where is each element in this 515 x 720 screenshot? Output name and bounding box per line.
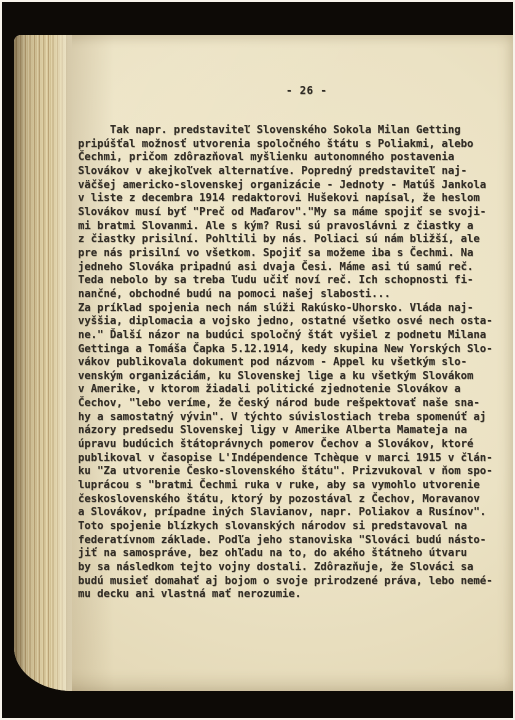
text-line: publikoval v časopise L'Indépendence Tch… bbox=[78, 452, 513, 466]
text-line: budú musieť domahať aj bojom o svoje pri… bbox=[78, 575, 513, 589]
text-line: jedneho Slováka pripadnú asi dvaja Česi.… bbox=[78, 261, 513, 275]
text-line: federatívnom základe. Podľa jeho stanovi… bbox=[78, 534, 513, 548]
page-number: - 26 - bbox=[286, 85, 327, 97]
text-line: pre nás prisilní vo všetkom. Spojiť sa m… bbox=[78, 247, 513, 261]
text-line: mi bratmi Slovanmi. Ale s kým? Rusi sú p… bbox=[78, 220, 513, 234]
text-line: názory predsedu Slovenskej ligy v Amerik… bbox=[78, 424, 513, 438]
text-line: Čechmi, pričom zdôrazňoval myšlienku aut… bbox=[78, 151, 513, 165]
text-line: hy a samostatný vývin". V týchto súvislo… bbox=[78, 411, 513, 425]
text-line: vyššia, diplomacia a vojsko jedno, ostat… bbox=[78, 315, 513, 329]
text-line: Za príklad spojenia nech nám slúži Rakús… bbox=[78, 302, 513, 316]
stacked-page-edges bbox=[14, 35, 72, 691]
text-line: Tak napr. predstaviteľ Slovenského Sokol… bbox=[78, 124, 513, 138]
text-line: a Slovákov, prípadne iných Slavianov, na… bbox=[78, 506, 513, 520]
book-page: - 26 - Tak napr. predstaviteľ Slovenskéh… bbox=[14, 35, 513, 691]
text-line: luprácou s "bratmi Čechmi ruka v ruke, a… bbox=[78, 479, 513, 493]
text-line: jiť na samospráve, bez ohľadu na to, do … bbox=[78, 547, 513, 561]
text-line: ku "Za utvorenie Česko-slovenského štátu… bbox=[78, 465, 513, 479]
body-text: Tak napr. predstaviteľ Slovenského Sokol… bbox=[78, 124, 513, 602]
text-line: väčšej americko-slovenskej organizácie -… bbox=[78, 179, 513, 193]
text-line: pripúšťal možnosť utvorenia spoločného š… bbox=[78, 138, 513, 152]
text-line: úpravu budúcich štátoprávnych pomerov Če… bbox=[78, 438, 513, 452]
text-line: nančné, obchodné budú na pomoci našej sl… bbox=[78, 288, 513, 302]
text-line: československého štátu, ktorý by pozostá… bbox=[78, 493, 513, 507]
text-line: Slovákov musí byť "Preč od Maďarov"."My … bbox=[78, 206, 513, 220]
text-line: z čiastky prisilní. Pohltili by nás. Pol… bbox=[78, 233, 513, 247]
text-line: by sa následkom tejto vojny dostali. Zdô… bbox=[78, 561, 513, 575]
text-line: Toto spojenie blízkych slovanských národ… bbox=[78, 520, 513, 534]
text-line: mu decku ani vlastná mať nerozumie. bbox=[78, 588, 513, 602]
text-line: venským organizáciám, ku Slovenskej lige… bbox=[78, 370, 513, 384]
text-line: Slovákov v akejkoľvek alternatíve. Popre… bbox=[78, 165, 513, 179]
text-line: v Amerike, v ktorom žiadali politické zj… bbox=[78, 383, 513, 397]
photo-background: - 26 - Tak napr. predstaviteľ Slovenskéh… bbox=[0, 0, 515, 720]
text-line: Čechov, "lebo veríme, že český národ bud… bbox=[78, 397, 513, 411]
text-line: ne." Ďalší názor na budúci spoločný štát… bbox=[78, 329, 513, 343]
text-line: v liste z decembra 1914 redaktorovi Huše… bbox=[78, 192, 513, 206]
text-line: Gettinga a Tomáša Čapka 5.12.1914, kedy … bbox=[78, 343, 513, 357]
text-line: vákov publikovala dokument pod názvom - … bbox=[78, 356, 513, 370]
text-line: Teda nebolo by sa treba ľudu učiť noví r… bbox=[78, 274, 513, 288]
